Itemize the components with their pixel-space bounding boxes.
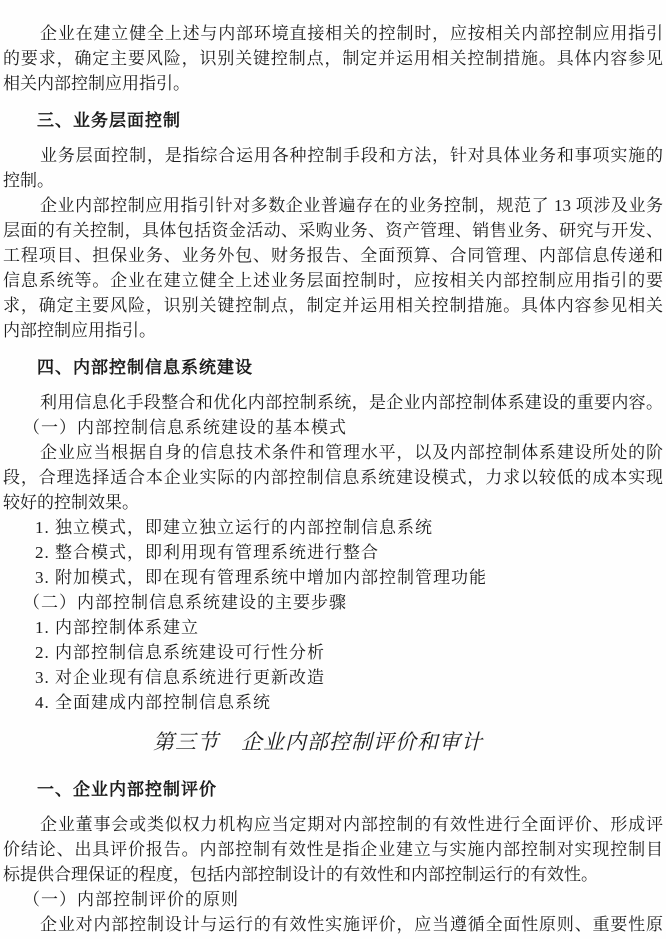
chapter-title: 第三节 企业内部控制评价和审计	[3, 727, 633, 757]
section-heading: 一、企业内部控制评价	[3, 777, 663, 802]
text-line: 企业对内部控制设计与运行的有效性实施评价，应当遵循全面性原则、重要性原	[3, 912, 663, 937]
text-line: 信息系统等。企业在建立健全上述业务层面控制时，应按相关内部控制应用指引的要	[3, 268, 663, 293]
text-line: 利用信息化手段整合和优化内部控制系统，是企业内部控制体系建设的重要内容。	[3, 390, 663, 415]
text-line: 段，合理选择适合本企业实际的内部控制信息系统建设模式，力求以较低的成本实现	[3, 465, 663, 490]
list-item: 1. 内部控制体系建立	[3, 615, 663, 640]
list-item: 4. 全面建成内部控制信息系统	[3, 690, 663, 715]
sub-heading: （一）内部控制评价的原则	[3, 887, 663, 912]
list-item: 3. 附加模式，即在现有管理系统中增加内部控制管理功能	[3, 565, 663, 590]
paragraph: 业务层面控制，是指综合运用各种控制手段和方法，针对具体业务和事项实施的控制。	[3, 143, 663, 193]
text-line: 层面的有关控制，具体包括资金活动、采购业务、资产管理、销售业务、研究与开发、	[3, 218, 663, 243]
text-line: 求，确定主要风险，识别关键控制点，制定并运用相关控制措施。具体内容参见相关	[3, 293, 663, 318]
sub-heading: （二）内部控制信息系统建设的主要步骤	[3, 590, 663, 615]
text-line: 业务层面控制，是指综合运用各种控制手段和方法，针对具体业务和事项实施的	[3, 143, 663, 168]
sub-heading: （一）内部控制信息系统建设的基本模式	[3, 415, 663, 440]
text-line: 价结论、出具评价报告。内部控制有效性是指企业建立与实施内部控制对实现控制目	[3, 837, 663, 862]
text-line: 标提供合理保证的程度，包括内部控制设计的有效性和内部控制运行的有效性。	[3, 862, 663, 887]
list-item: 2. 整合模式，即利用现有管理系统进行整合	[3, 540, 663, 565]
text-line: 的要求，确定主要风险，识别关键控制点，制定并运用相关控制措施。具体内容参见	[3, 46, 663, 71]
paragraph: 企业应当根据自身的信息技术条件和管理水平，以及内部控制体系建设所处的阶段，合理选…	[3, 440, 663, 515]
paragraph: 企业对内部控制设计与运行的有效性实施评价，应当遵循全面性原则、重要性原	[3, 912, 663, 937]
paragraph: 企业在建立健全上述与内部环境直接相关的控制时，应按相关内部控制应用指引的要求，确…	[3, 21, 663, 96]
paragraph: 企业内部控制应用指引针对多数企业普遍存在的业务控制，规范了 13 项涉及业务层面…	[3, 193, 663, 343]
text-line: 企业在建立健全上述与内部环境直接相关的控制时，应按相关内部控制应用指引	[3, 21, 663, 46]
section-heading: 三、业务层面控制	[3, 108, 663, 133]
text-line: 较好的控制效果。	[3, 490, 663, 515]
text-line: 企业应当根据自身的信息技术条件和管理水平，以及内部控制体系建设所处的阶	[3, 440, 663, 465]
section-heading: 四、内部控制信息系统建设	[3, 355, 663, 380]
list-item: 1. 独立模式，即建立独立运行的内部控制信息系统	[3, 515, 663, 540]
text-line: 控制。	[3, 168, 663, 193]
list-item: 3. 对企业现有信息系统进行更新改造	[3, 665, 663, 690]
paragraph: 利用信息化手段整合和优化内部控制系统，是企业内部控制体系建设的重要内容。	[3, 390, 663, 415]
text-line: 内部控制应用指引。	[3, 318, 663, 343]
text-line: 企业董事会或类似权力机构应当定期对内部控制的有效性进行全面评价、形成评	[3, 812, 663, 837]
text-line: 相关内部控制应用指引。	[3, 71, 663, 96]
text-line: 工程项目、担保业务、业务外包、财务报告、全面预算、合同管理、内部信息传递和	[3, 243, 663, 268]
text-line: 企业内部控制应用指引针对多数企业普遍存在的业务控制，规范了 13 项涉及业务	[3, 193, 663, 218]
list-item: 2. 内部控制信息系统建设可行性分析	[3, 640, 663, 665]
document-page: 企业在建立健全上述与内部环境直接相关的控制时，应按相关内部控制应用指引的要求，确…	[0, 0, 666, 939]
paragraph: 企业董事会或类似权力机构应当定期对内部控制的有效性进行全面评价、形成评价结论、出…	[3, 812, 663, 887]
